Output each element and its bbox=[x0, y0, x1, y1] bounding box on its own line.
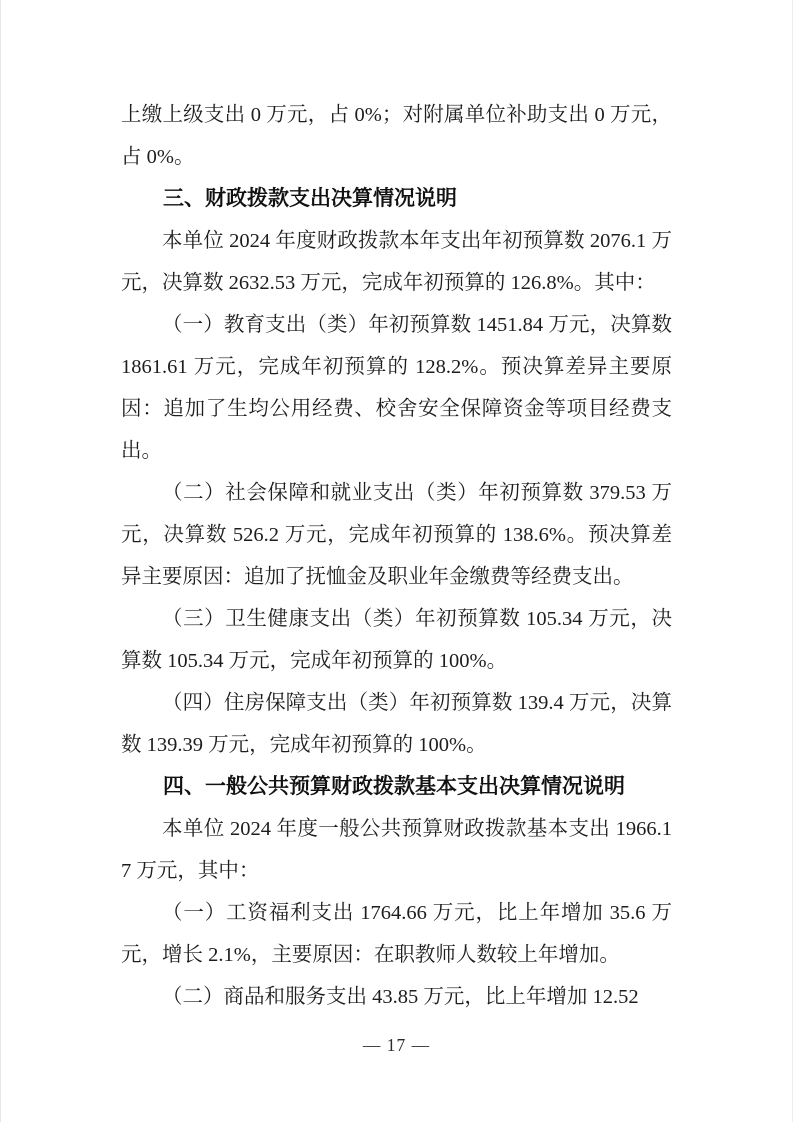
section-2-paragraph-overview: 本单位 2024 年度一般公共预算财政拨款基本支出 1966.17 万元，其中： bbox=[121, 808, 672, 892]
section-1-paragraph-overview: 本单位 2024 年度财政拨款本年支出年初预算数 2076.1 万元，决算数 2… bbox=[121, 220, 672, 304]
continuation-paragraph: 上缴上级支出 0 万元，占 0%；对附属单位补助支出 0 万元，占 0%。 bbox=[121, 94, 672, 178]
section-heading-basic-expenditure: 四、一般公共预算财政拨款基本支出决算情况说明 bbox=[121, 766, 672, 808]
section-1-paragraph-health: （三）卫生健康支出（类）年初预算数 105.34 万元，决算数 105.34 万… bbox=[121, 598, 672, 682]
document-content: 上缴上级支出 0 万元，占 0%；对附属单位补助支出 0 万元，占 0%。 三、… bbox=[121, 94, 672, 1018]
section-1-paragraph-education: （一）教育支出（类）年初预算数 1451.84 万元，决算数 1861.61 万… bbox=[121, 304, 672, 472]
document-page: 上缴上级支出 0 万元，占 0%；对附属单位补助支出 0 万元，占 0%。 三、… bbox=[0, 0, 793, 1122]
section-1-paragraph-housing: （四）住房保障支出（类）年初预算数 139.4 万元，决算数 139.39 万元… bbox=[121, 682, 672, 766]
page-number-footer: — 17 — bbox=[0, 1032, 793, 1058]
section-2-paragraph-goods-services: （二）商品和服务支出 43.85 万元，比上年增加 12.52 bbox=[121, 976, 672, 1018]
section-heading-fiscal-appropriation-expenditure: 三、财政拨款支出决算情况说明 bbox=[121, 178, 672, 220]
section-1-paragraph-social-security: （二）社会保障和就业支出（类）年初预算数 379.53 万元，决算数 526.2… bbox=[121, 472, 672, 598]
section-2-paragraph-salary-welfare: （一）工资福利支出 1764.66 万元，比上年增加 35.6 万元，增长 2.… bbox=[121, 892, 672, 976]
